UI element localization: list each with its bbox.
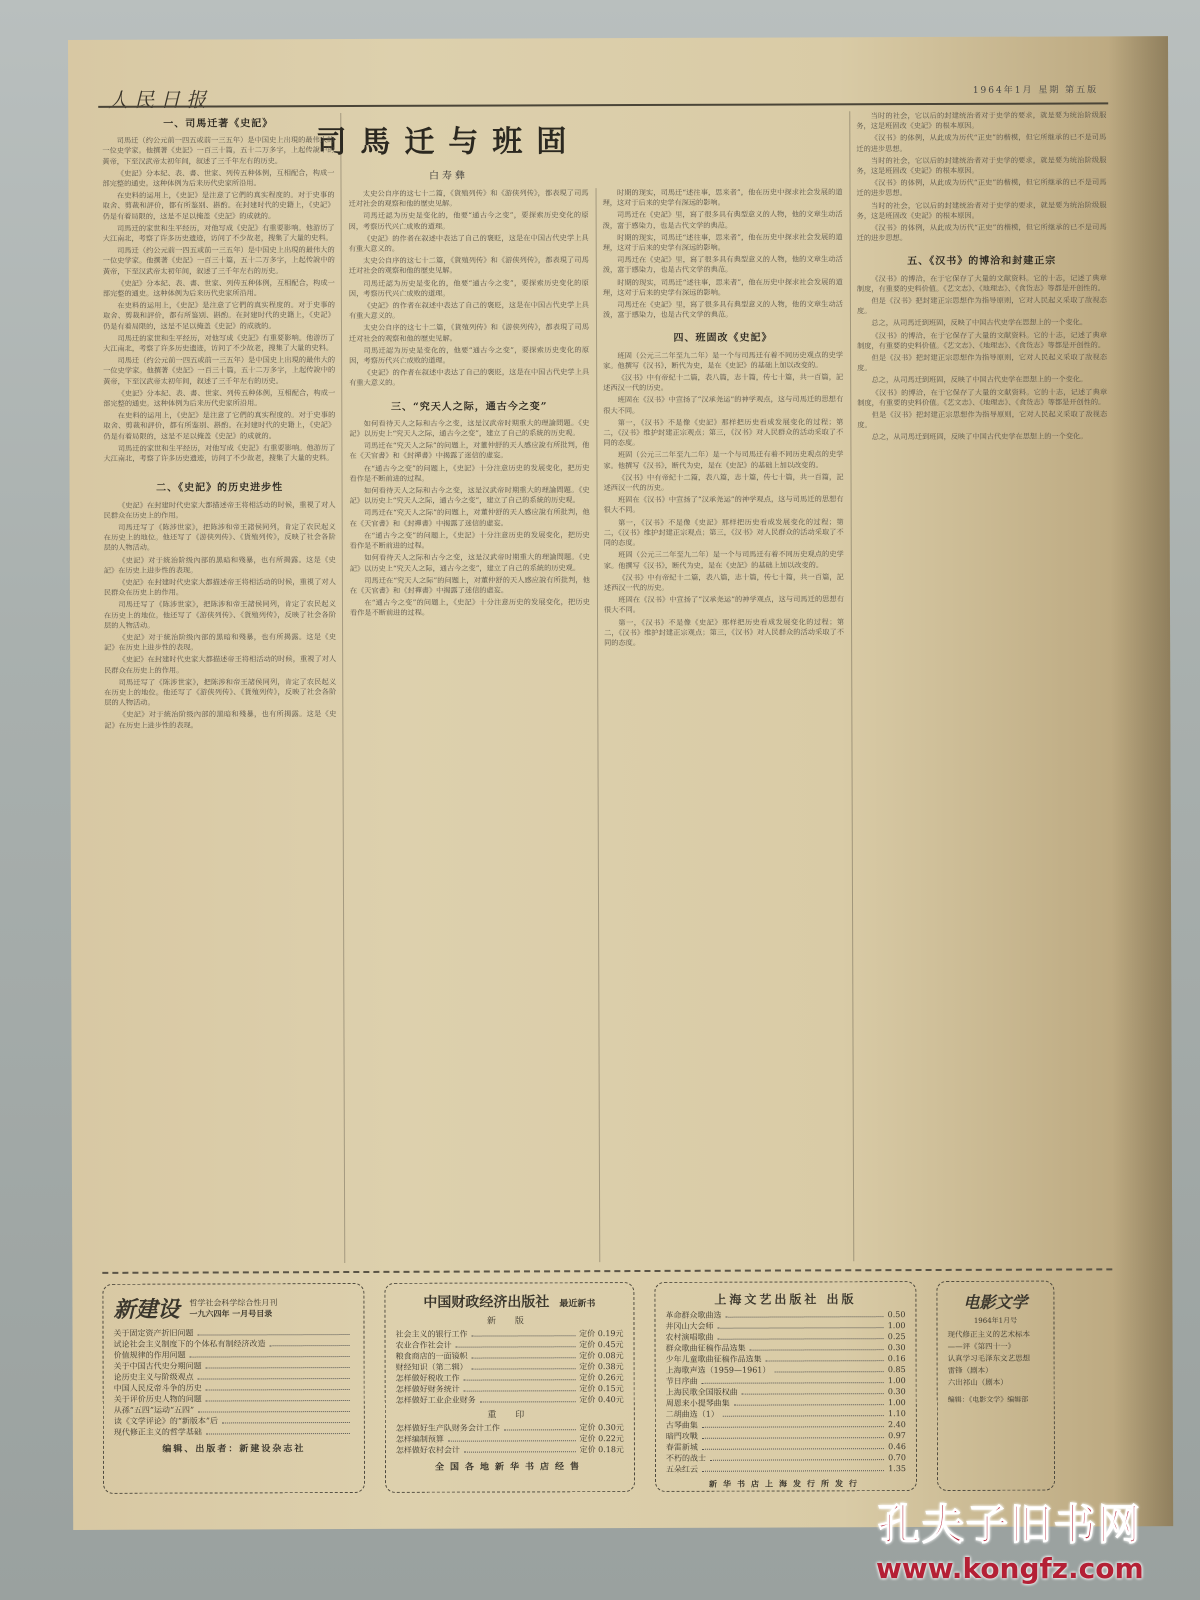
ad-list-item: 五朵红云1.35 — [666, 1463, 906, 1475]
ad-list-item: 怎样编制预算定价 0.22元 — [396, 1433, 624, 1445]
paragraph: 《汉书》的体例，从此成为历代“正史”的楷模，但它所继承的已不是司馬迁的进步思想。 — [856, 133, 1106, 154]
masthead: 人民日报 — [108, 83, 212, 112]
paragraph: 《史記》的作者在叙述中表达了自己的褒貶，这是在中国古代史学上具有重大意义的。 — [349, 367, 589, 388]
paragraph: 当时的社会，它以后的封建统治者对于史学的要求，就是要为统治阶级服务，这是班固改《… — [856, 110, 1106, 131]
ad-list-item: 怎样做好财务统计定价 0.15元 — [396, 1383, 624, 1395]
ad-list-item: 现代修正主义的艺术标本 — [948, 1329, 1044, 1341]
ad-list-item: 关于评价历史人物的问题 — [114, 1393, 354, 1405]
paragraph: 《史記》在封建时代史家大都描述帝王将相活动的时候，重視了对人民群众在历史上的作用… — [104, 577, 336, 598]
paragraph: 总之，从司馬迁到班固，反映了中国古代史学在思想上的一个变化。 — [857, 375, 1107, 386]
paragraph: 《汉书》的体例，从此成为历代“正史”的楷模，但它所继承的已不是司馬迁的进步思想。 — [857, 222, 1107, 243]
ad-title: 上海文艺出版社 出版 — [665, 1290, 905, 1308]
paragraph: 如何看待天人之际和古今之变，这是汉武帝时期重大的理論問題。《史記》以历史上“究天… — [350, 485, 590, 506]
paragraph: 太史公自序的这七十二篇，《貨殖列传》和《游侠列传》，都表現了司馬迁对社会的观察和… — [349, 255, 589, 276]
paragraph: 司馬迁的家世和生平经历，对他写成《史記》有重要影响。他游历了大江南北，考察了许多… — [103, 223, 335, 244]
paragraph: 但是《汉书》把封建正宗思想作为指导原则，它对人民起义采取了敌视态度。 — [857, 352, 1107, 373]
ad-list-item: 少年儿童歌曲征稿作品选集0.16 — [666, 1353, 906, 1365]
paragraph: 班固（公元三二年至九二年）是一个与司馬迁有着不同历史观点的史学家。他撰写《汉书》… — [604, 550, 844, 571]
paragraph: 班固在《汉书》中宣扬了“汉承尧运”的神学观点，这与司馬迁的思想有很大不同。 — [604, 594, 844, 615]
paragraph: 司馬迁的家世和生平经历，对他写成《史記》有重要影响。他游历了大江南北，考察了许多… — [103, 333, 335, 354]
article-headline: 司馬迁与班固 — [288, 116, 608, 161]
ad-list-item: 怎样做好工业企业财务定价 0.40元 — [396, 1394, 624, 1406]
paragraph: 司馬迁写了《陈涉世家》，把陈涉和帝王諸侯同列，肯定了农民起义在历史上的地位。他还… — [104, 599, 336, 630]
ad-list-item: 论历史主义与阶级观点 — [114, 1371, 354, 1383]
ad-list-item: 井冈山大会师1.00 — [665, 1320, 905, 1332]
ad-issue: 1964年1月号 — [947, 1316, 1043, 1326]
paragraph: 在“通古今之变”的问题上，《史記》十分注意历史的发展变化，把历史看作是不断前进的… — [350, 597, 590, 618]
column-body: 司馬迁（约公元前一四五或前一三五年）是中国史上出現的最伟大的一位史学家。他撰著《… — [102, 135, 335, 464]
paragraph: 司馬迁在“究天人之际”的问题上，对董仲舒的天人感应說有所批判，他在《天官書》和《… — [349, 440, 589, 461]
watermark-url: www.kongfz.com — [876, 1552, 1144, 1585]
ad-subtitle: 哲学社会科学综合性月刊 — [189, 1297, 277, 1308]
paragraph: 时期的现实，司馬迁“述往事，思来者”，他在历史中探求社会发展的道理，这对于后来的… — [603, 187, 843, 208]
ad-item-list: 社会主义的银行工作定价 0.19元农业合作社会计定价 0.45元粮食商店的一面镜… — [396, 1328, 624, 1406]
paragraph: 司馬迁在《史記》里，寫了很多具有典型意义的人物，他的文章生动活泼，富于感染力，也… — [603, 299, 843, 320]
paragraph: 在史料的运用上，《史記》是注意了它們的真实程度的。对于史事的取舍、剪裁和評价，都… — [103, 300, 335, 331]
ad-title: 新建设 — [113, 1293, 179, 1324]
ad-list-item: 价值规律的作用问题 — [114, 1349, 354, 1361]
paragraph: 司馬迁（约公元前一四五或前一三五年）是中国史上出現的最伟大的一位史学家。他撰著《… — [102, 135, 334, 166]
ad-list-item: 财经知识（第二辑）定价 0.38元 — [396, 1361, 624, 1373]
watermark: 孔夫子旧书网 www.kongfz.com — [876, 1492, 1144, 1585]
ad-caizheng: 中国财政经济出版社 最近新书 新 版 社会主义的银行工作定价 0.19元农业合作… — [384, 1282, 635, 1493]
paragraph: 《史記》对于統治阶级內部的黑暗和殘暴，也有所揭露。这是《史記》在历史上进步性的表… — [104, 632, 336, 653]
paragraph: 第一，《汉书》不是像《史記》那样把历史看成发展变化的过程；第二，《汉书》维护封建… — [603, 417, 843, 448]
paragraph: 如何看待天人之际和古今之变，这是汉武帝时期重大的理論問題。《史記》以历史上“究天… — [350, 552, 590, 573]
paragraph: 在史料的运用上，《史記》是注意了它們的真实程度的。对于史事的取舍、剪裁和評价，都… — [103, 190, 335, 221]
ad-list-item: 节日序曲1.00 — [666, 1375, 906, 1387]
paragraph: 《史記》在封建时代史家大都描述帝王将相活动的时候，重視了对人民群众在历史上的作用… — [104, 500, 336, 521]
ad-list-item: 革命群众歌曲选0.50 — [665, 1309, 905, 1321]
ad-item-list: 现代修正主义的艺术标本——评《第四十一》认真学习毛泽东文艺思想雷锋（剧本）六出祁… — [948, 1329, 1044, 1389]
paragraph: 时期的现实，司馬迁“述往事，思来者”，他在历史中探求社会发展的道理，这对于后来的… — [603, 232, 843, 253]
ad-item-list: 革命群众歌曲选0.50井冈山大会师1.00农村演唱歌曲0.25群众歌曲征稿作品选… — [665, 1309, 906, 1475]
ad-footer: 新华书店上海发行所发行 — [666, 1478, 906, 1490]
paragraph: 《史記》的作者在叙述中表达了自己的褒貶，这是在中国古代史学上具有重大意义的。 — [349, 300, 589, 321]
column-body: 当时的社会，它以后的封建统治者对于史学的要求，就是要为统治阶级服务，这是班固改《… — [856, 110, 1106, 243]
paragraph: 《史記》对于統治阶级內部的黑暗和殘暴，也有所揭露。这是《史記》在历史上进步性的表… — [104, 709, 336, 730]
ad-item-list: 怎样做好生产队财务会计工作定价 0.30元怎样编制预算定价 0.22元怎样做好农… — [396, 1422, 624, 1456]
ad-section: 新 版 — [395, 1313, 623, 1327]
newspaper-page: 人民日报 1964年1月 星期 第五版 司馬迁与班固 白寿彝 一、司馬迁著《史記… — [68, 36, 1173, 1530]
paragraph: 太史公自序的这七十二篇，《貨殖列传》和《游侠列传》，都表現了司馬迁对社会的观察和… — [349, 188, 589, 209]
ad-list-item: 古琴曲集2.40 — [666, 1419, 906, 1431]
ad-list-item: 周恩来小提琴曲集1.00 — [666, 1397, 906, 1409]
ad-list-item: 春雷新城0.46 — [666, 1441, 906, 1453]
column-4: 当时的社会，它以后的封建统治者对于史学的要求，就是要为统治阶级服务，这是班固改《… — [856, 110, 1110, 1261]
column-divider — [596, 188, 601, 1262]
ad-item-list: 关于固定资产折旧问题试论社会主义制度下的个体私有制经济改造价值规律的作用问题关于… — [113, 1327, 353, 1438]
ad-footer: 全国各地新华书店经售 — [396, 1459, 624, 1473]
paragraph: 总之，从司馬迁到班固，反映了中国古代史学在思想上的一个变化。 — [857, 318, 1107, 329]
paragraph: 在“通古今之变”的问题上，《史記》十分注意历史的发展变化，把历史看作是不断前进的… — [350, 530, 590, 551]
ad-list-item: 关于中国古代史分期问题 — [114, 1360, 354, 1372]
paragraph: 在“通古今之变”的问题上，《史記》十分注意历史的发展变化，把历史看作是不断前进的… — [349, 463, 589, 484]
column-body: 太史公自序的这七十二篇，《貨殖列传》和《游侠列传》，都表現了司馬迁对社会的观察和… — [349, 188, 590, 388]
column-divider — [849, 111, 854, 1261]
ad-xinjianshe: 新建设 哲学社会科学综合性月刊 一九六四年 一月号目录 关于固定资产折旧问题试论… — [102, 1283, 365, 1494]
ad-list-item: 试论社会主义制度下的个体私有制经济改造 — [114, 1338, 354, 1350]
paragraph: 《史記》对于統治阶级內部的黑暗和殘暴，也有所揭露。这是《史記》在历史上进步性的表… — [104, 555, 336, 576]
paragraph: 班固在《汉书》中宣扬了“汉承尧运”的神学观点，这与司馬迁的思想有很大不同。 — [603, 395, 843, 416]
paragraph: 司馬迁在“究天人之际”的问题上，对董仲舒的天人感应說有所批判，他在《天官書》和《… — [350, 575, 590, 596]
ad-list-item: 怎样做好税收工作定价 0.26元 — [396, 1372, 624, 1384]
column-body: 《汉书》的博洽，在于它保存了大量的文献资料。它的十志，记述了典章制度，有重要的史… — [857, 273, 1108, 443]
ad-list-item: 不朽的战士0.70 — [666, 1452, 906, 1464]
paragraph: 第一，《汉书》不是像《史記》那样把历史看成发展变化的过程；第二，《汉书》维护封建… — [604, 617, 844, 648]
paragraph: 总之，从司馬迁到班固，反映了中国古代史学在思想上的一个变化。 — [857, 432, 1107, 443]
ad-list-item: 上海民歌全国版权曲0.30 — [666, 1386, 906, 1398]
column-divider — [340, 113, 345, 1263]
paragraph: 司馬迁認为历史是变化的，他要“通古今之变”，要探索历史变化的原因，考察历代兴亡成… — [349, 278, 589, 299]
paragraph: 《史記》分本紀、表、書、世家、列传五种体例，互相配合，构成一部完整的通史。这种体… — [103, 388, 335, 409]
ad-list-item: 农村演唱歌曲0.25 — [666, 1331, 906, 1343]
ad-list-item: 雷锋（剧本） — [948, 1365, 1044, 1377]
paragraph: 第一，《汉书》不是像《史記》那样把历史看成发展变化的过程；第二，《汉书》维护封建… — [604, 517, 844, 548]
ad-shanghai-wenyi: 上海文艺出版社 出版 革命群众歌曲选0.50井冈山大会师1.00农村演唱歌曲0.… — [654, 1281, 917, 1492]
ad-footer: 编辑：《电影文学》编辑部 — [948, 1395, 1044, 1405]
ad-list-item: 中国人民反帝斗争的历史 — [114, 1382, 354, 1394]
paragraph: 《史記》分本紀、表、書、世家、列传五种体例，互相配合，构成一部完整的通史。这种体… — [102, 168, 334, 189]
ad-dianying-wenxue: 电影文学 1964年1月号 现代修正主义的艺术标本——评《第四十一》认真学习毛泽… — [936, 1281, 1055, 1491]
paragraph: 但是《汉书》把封建正宗思想作为指导原则，它对人民起义采取了敌视态度。 — [857, 295, 1107, 316]
ad-list-item: 怎样做好生产队财务会计工作定价 0.30元 — [396, 1422, 624, 1434]
paragraph: 司馬迁（约公元前一四五或前一三五年）是中国史上出現的最伟大的一位史学家。他撰著《… — [103, 355, 335, 386]
column-1: 一、司馬迁著《史記》 司馬迁（约公元前一四五或前一三五年）是中国史上出現的最伟大… — [102, 113, 338, 1264]
ad-list-item: 怎样做好农村会计定价 0.18元 — [396, 1444, 624, 1456]
ad-tag: 最近新书 — [559, 1296, 595, 1309]
ad-footer: 编辑、出版者：新建设杂志社 — [114, 1441, 354, 1455]
ad-list-item: 二胡曲选（1）1.10 — [666, 1408, 906, 1420]
column-body: 《史記》在封建时代史家大都描述帝王将相活动的时候，重視了对人民群众在历史上的作用… — [104, 500, 337, 731]
ads-divider — [102, 1268, 1112, 1274]
ad-title: 电影文学 — [947, 1290, 1043, 1313]
paragraph: 《史記》在封建时代史家大都描述帝王将相活动的时候，重視了对人民群众在历史上的作用… — [104, 654, 336, 675]
article-byline: 白寿彝 — [288, 166, 608, 182]
header-rule — [98, 102, 1108, 108]
ad-section: 重 印 — [396, 1407, 624, 1421]
column-3: 时期的现实，司馬迁“述往事，思来者”，他在历史中探求社会发展的道理，这对于后来的… — [603, 187, 847, 1262]
paragraph: 在史料的运用上，《史記》是注意了它們的真实程度的。对于史事的取舍、剪裁和評价，都… — [103, 410, 335, 441]
paragraph: 太史公自序的这七十二篇，《貨殖列传》和《游侠列传》，都表現了司馬迁对社会的观察和… — [349, 323, 589, 344]
ad-list-item: 认真学习毛泽东文艺思想 — [948, 1353, 1044, 1365]
paragraph: 司馬迁在《史記》里，寫了很多具有典型意义的人物，他的文章生动活泼，富于感染力，也… — [603, 210, 843, 231]
paragraph: 《史記》的作者在叙述中表达了自己的褒貶，这是在中国古代史学上具有重大意义的。 — [349, 233, 589, 254]
column-body: 如何看待天人之际和古今之变，这是汉武帝时期重大的理論問題。《史記》以历史上“究天… — [349, 418, 590, 618]
paragraph: 但是《汉书》把封建正宗思想作为指导原则，它对人民起义采取了敌视态度。 — [857, 409, 1107, 430]
column-body: 班固（公元三二年至九二年）是一个与司馬迁有着不同历史观点的史学家。他撰写《汉书》… — [603, 350, 844, 648]
paragraph: 《汉书》的博洽，在于它保存了大量的文献资料。它的十志，记述了典章制度，有重要的史… — [857, 387, 1107, 408]
paragraph: 《史記》分本紀、表、書、世家、列传五种体例，互相配合，构成一部完整的通史。这种体… — [103, 278, 335, 299]
ad-list-item: 上海歌声选（1959—1961）0.85 — [666, 1364, 906, 1376]
paragraph: 当时的社会，它以后的封建统治者对于史学的要求，就是要为统治阶级服务，这是班固改《… — [856, 155, 1106, 176]
ad-list-item: ——评《第四十一》 — [948, 1341, 1044, 1353]
paragraph: 司馬迁（约公元前一四五或前一三五年）是中国史上出現的最伟大的一位史学家。他撰著《… — [103, 245, 335, 276]
ad-list-item: 关于固定资产折旧问题 — [113, 1327, 353, 1339]
paragraph: 班固（公元三二年至九二年）是一个与司馬迁有着不同历史观点的史学家。他撰写《汉书》… — [603, 350, 843, 371]
section-heading: 五、《汉书》的博洽和封建正宗 — [857, 257, 1107, 268]
paragraph: 如何看待天人之际和古今之变，这是汉武帝时期重大的理論問題。《史記》以历史上“究天… — [349, 418, 589, 439]
paragraph: 司馬迁認为历史是变化的，他要“通古今之变”，要探索历史变化的原因，考察历代兴亡成… — [349, 345, 589, 366]
paragraph: 《汉书》中有帝紀十二篇，表八篇，志十篇，传七十篇，共一百篇，記述西汉一代的历史。 — [604, 472, 844, 493]
ad-list-item: 社会主义的银行工作定价 0.19元 — [396, 1328, 624, 1340]
paragraph: 司馬迁在“究天人之际”的问题上，对董仲舒的天人感应說有所批判，他在《天官書》和《… — [350, 508, 590, 529]
ad-list-item: 农业合作社会计定价 0.45元 — [396, 1339, 624, 1351]
paragraph: 《汉书》的博洽，在于它保存了大量的文献资料。它的十志，记述了典章制度，有重要的史… — [857, 330, 1107, 351]
paragraph: 司馬迁的家世和生平经历，对他写成《史記》有重要影响。他游历了大江南北，考察了许多… — [103, 443, 335, 464]
paragraph: 当时的社会，它以后的封建统治者对于史学的要求，就是要为统治阶级服务，这是班固改《… — [857, 200, 1107, 221]
paragraph: 时期的现实，司馬迁“述往事，思来者”，他在历史中探求社会发展的道理，这对于后来的… — [603, 277, 843, 298]
paragraph: 《汉书》中有帝紀十二篇，表八篇，志十篇，传七十篇，共一百篇，記述西汉一代的历史。 — [603, 372, 843, 393]
ad-issue: 一九六四年 一月号目录 — [189, 1308, 277, 1319]
ad-list-item: 粮食商店的一面镜帜定价 0.08元 — [396, 1350, 624, 1362]
ad-list-item: 暗門攻戰0.97 — [666, 1430, 906, 1442]
section-heading: 四、班固改《史記》 — [603, 334, 843, 345]
ad-list-item: 群众歌曲征稿作品选集0.30 — [666, 1342, 906, 1354]
watermark-name: 孔夫子旧书网 — [876, 1492, 1144, 1552]
paragraph: 《汉书》的博洽，在于它保存了大量的文献资料。它的十志，记述了典章制度，有重要的史… — [857, 273, 1107, 294]
section-heading: 一、司馬迁著《史記》 — [102, 119, 334, 130]
column-2: 太史公自序的这七十二篇，《貨殖列传》和《游侠列传》，都表現了司馬迁对社会的观察和… — [349, 188, 593, 1263]
ad-list-item: 从孫“五四”运动“五四” — [114, 1404, 354, 1416]
paragraph: 班固（公元三二年至九二年）是一个与司馬迁有着不同历史观点的史学家。他撰写《汉书》… — [603, 450, 843, 471]
paragraph: 司馬迁在《史記》里，寫了很多具有典型意义的人物，他的文章生动活泼，富于感染力，也… — [603, 255, 843, 276]
column-body: 时期的现实，司馬迁“述往事，思来者”，他在历史中探求社会发展的道理，这对于后来的… — [603, 187, 843, 320]
paragraph: 司馬迁写了《陈涉世家》，把陈涉和帝王諸侯同列，肯定了农民起义在历史上的地位。他还… — [104, 677, 336, 708]
dateline: 1964年1月 星期 第五版 — [973, 82, 1098, 95]
ad-title: 中国财政经济出版社 — [423, 1291, 549, 1311]
paragraph: 《汉书》的体例，从此成为历代“正史”的楷模，但它所继承的已不是司馬迁的进步思想。 — [856, 178, 1106, 199]
ad-list-item: 现代修正主义的哲学基础 — [114, 1426, 354, 1438]
paragraph: 司馬迁認为历史是变化的，他要“通古今之变”，要探索历史变化的原因，考察历代兴亡成… — [349, 211, 589, 232]
ad-list-item: 六出祁山（剧本） — [948, 1377, 1044, 1389]
section-heading: 二、《史記》的历史进步性 — [104, 483, 336, 494]
paragraph: 班固在《汉书》中宣扬了“汉承尧运”的神学观点，这与司馬迁的思想有很大不同。 — [604, 495, 844, 516]
paragraph: 《汉书》中有帝紀十二篇，表八篇，志十篇，传七十篇，共一百篇，記述西汉一代的历史。 — [604, 572, 844, 593]
ad-list-item: 读《文学评论》的“新版本”后 — [114, 1415, 354, 1427]
paragraph: 司馬迁写了《陈涉世家》，把陈涉和帝王諸侯同列，肯定了农民起义在历史上的地位。他还… — [104, 522, 336, 553]
section-heading: 三、“究天人之际，通古今之变” — [349, 402, 589, 413]
